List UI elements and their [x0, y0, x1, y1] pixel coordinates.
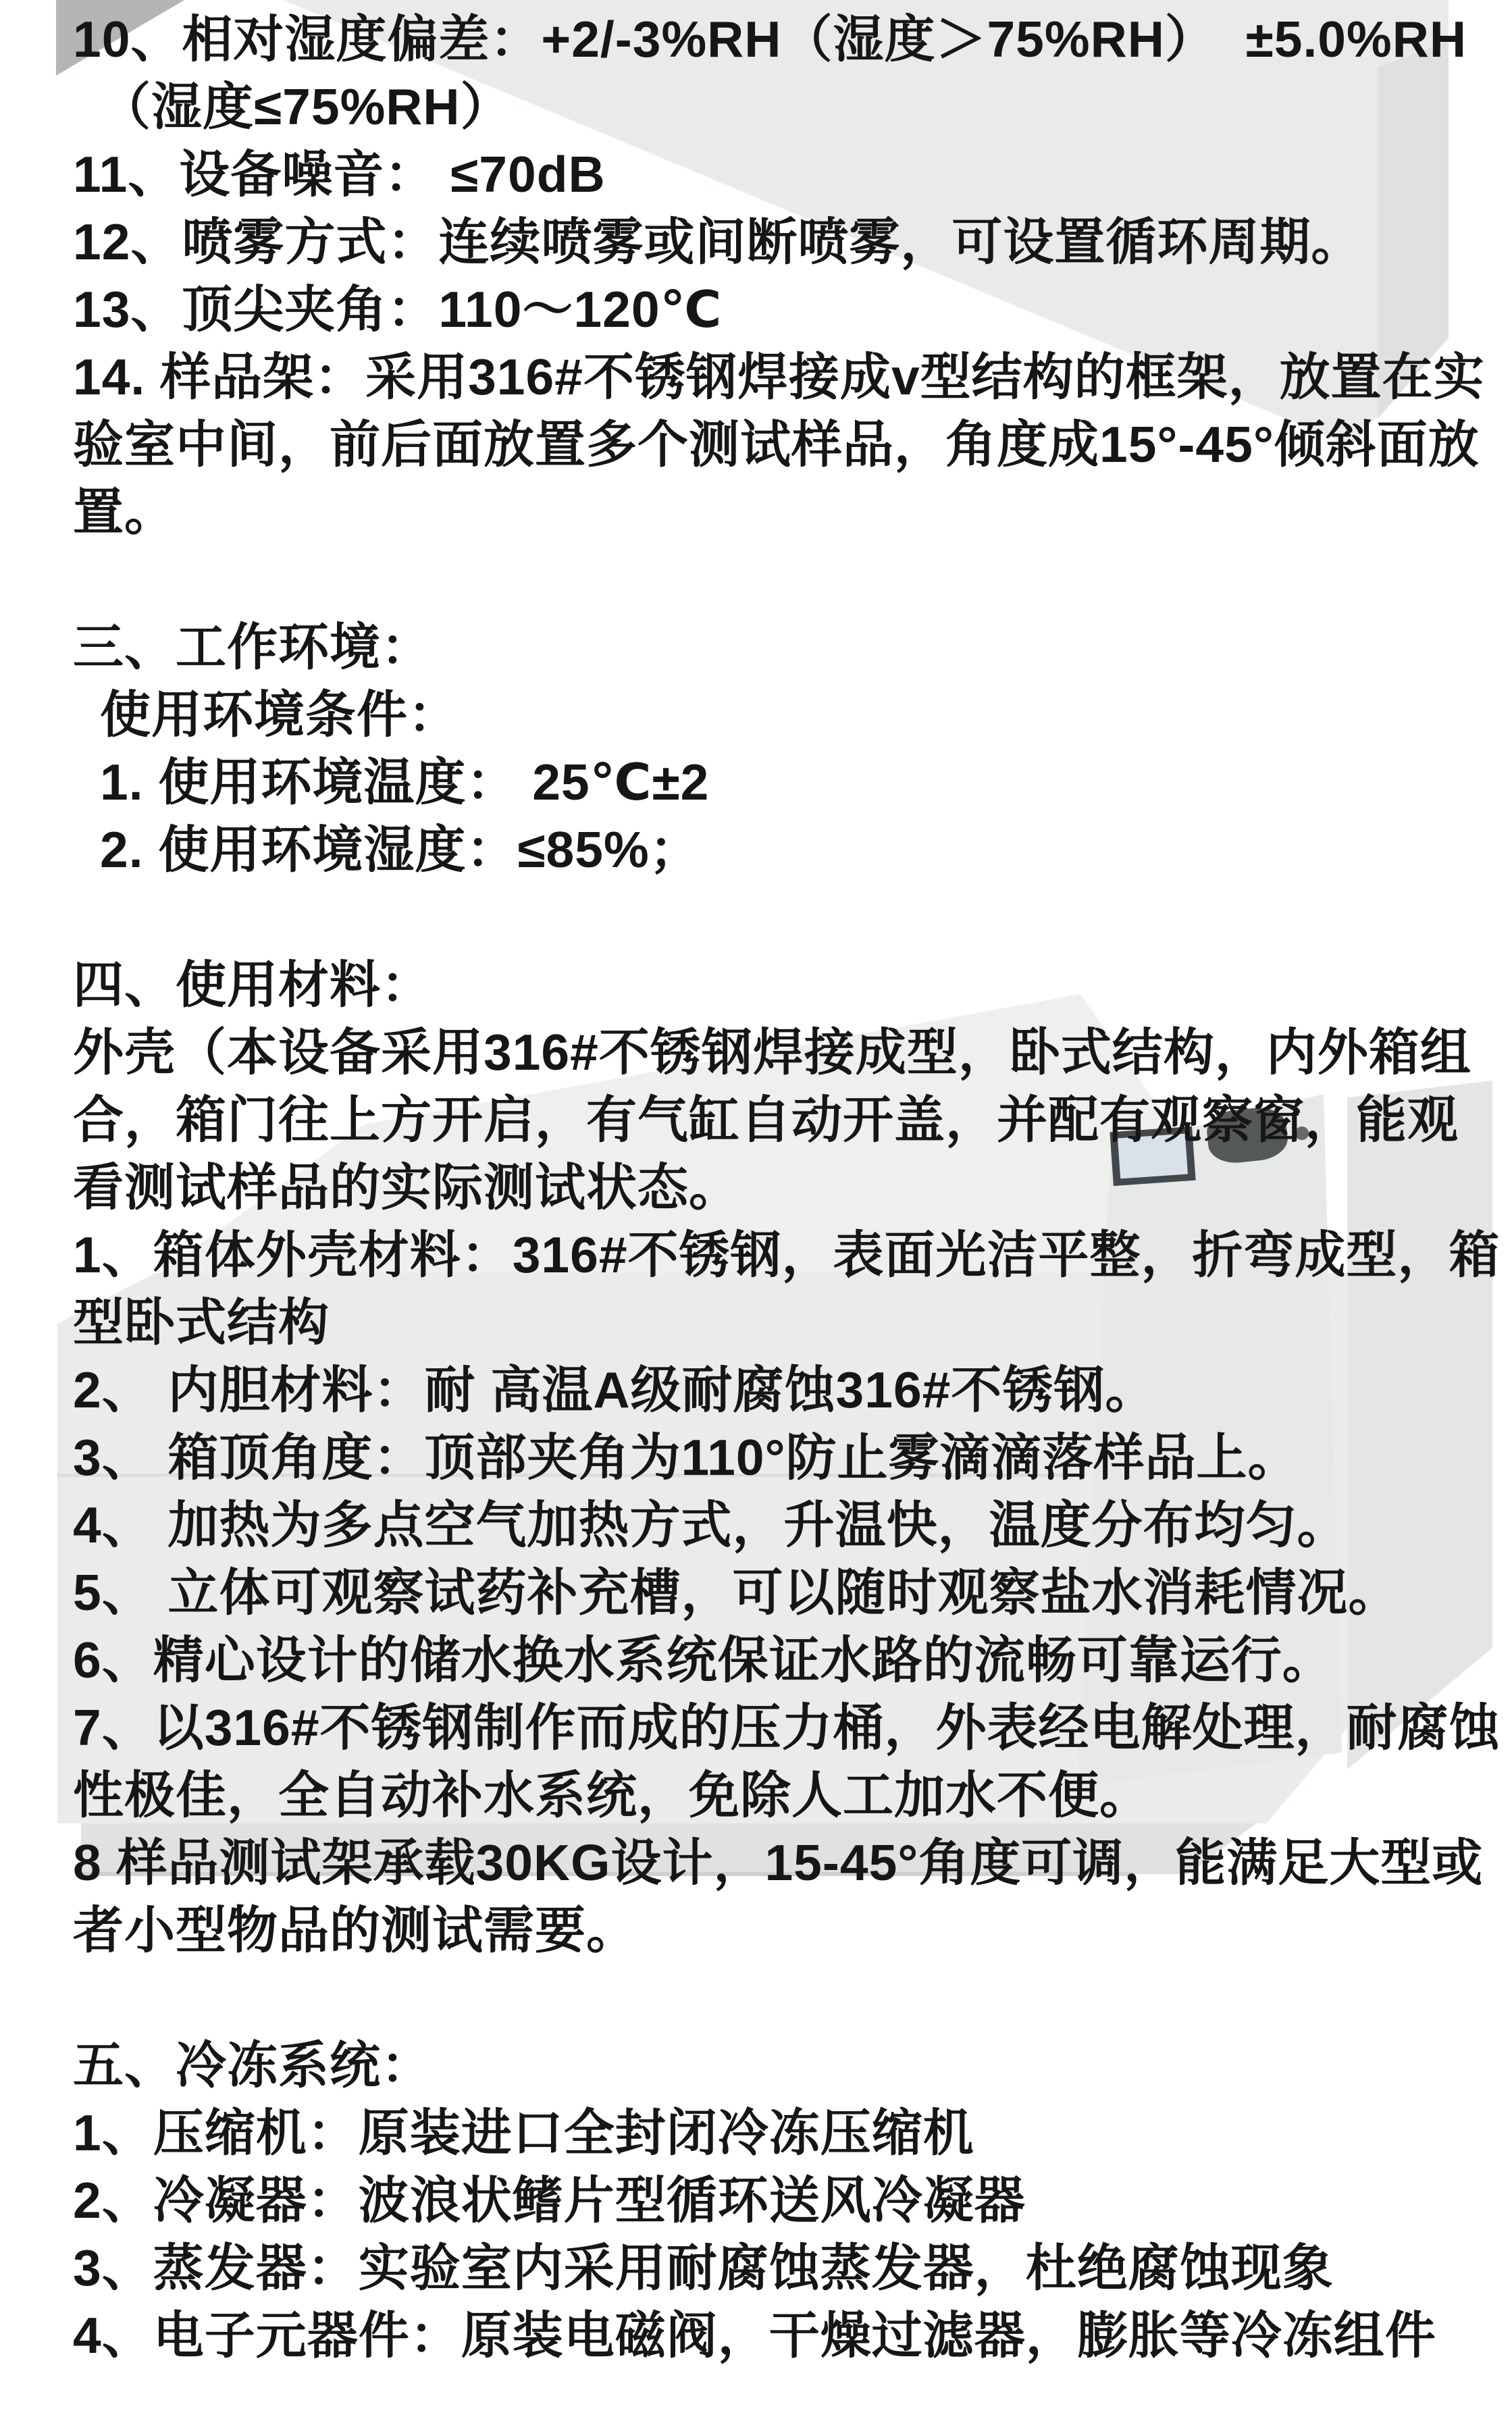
text-line: 8 样品测试架承载30KG设计，15-45°角度可调，能满足大型或	[73, 1829, 1483, 1896]
text-line: 性极佳，全自动补水系统，免除人工加水不便。	[73, 1761, 1151, 1829]
section-heading: 五、冷冻系统：	[73, 2031, 432, 2099]
text-line: 13、顶尖夹角：110～120℃	[73, 276, 722, 343]
text-line: （湿度≤75%RH）	[100, 73, 512, 140]
text-line: 2. 使用环境湿度：≤85%；	[100, 816, 701, 883]
text-line: 合，箱门往上方开启，有气缸自动开盖，并配有观察窗，能观	[73, 1086, 1459, 1153]
text-line: 3、 箱顶角度：顶部夹角为110°防止雾滴滴落样品上。	[73, 1424, 1299, 1491]
text-line: 2、 内胆材料：耐 高温A级耐腐蚀316#不锈钢。	[73, 1356, 1156, 1424]
text-line: 1、箱体外壳材料：316#不锈钢，表面光洁平整，折弯成型，箱	[73, 1221, 1501, 1289]
text-line: 3、蒸发器：实验室内采用耐腐蚀蒸发器，杜绝腐蚀现象	[73, 2234, 1334, 2302]
text-line: 1、压缩机：原装进口全封闭冷冻压缩机	[73, 2099, 974, 2166]
text-line: 2、冷凝器：波浪状鳍片型循环送风冷凝器	[73, 2166, 1026, 2234]
text-line: 6、精心设计的储水换水系统保证水路的流畅可靠运行。	[73, 1626, 1334, 1694]
text-line: 4、电子元器件：原装电磁阀，干燥过滤器，膨胀等冷冻组件	[73, 2302, 1436, 2369]
text-line: 14. 样品架：采用316#不锈钢焊接成v型结构的框架，放置在实	[73, 343, 1485, 411]
text-line: 使用环境条件：	[100, 681, 459, 748]
text-line: 外壳（本设备采用316#不锈钢焊接成型，卧式结构，内外箱组	[73, 1018, 1471, 1086]
text-line: 型卧式结构	[73, 1289, 330, 1356]
text-line: 12、喷雾方式：连续喷雾或间断喷雾，可设置循环周期。	[73, 208, 1362, 276]
document-text: 10、相对湿度偏差：+2/-3%RH（湿度＞75%RH） ±5.0%RH（湿度≤…	[0, 0, 1512, 2415]
section-heading: 三、工作环境：	[73, 613, 432, 681]
text-line: 看测试样品的实际测试状态。	[73, 1153, 740, 1221]
text-line: 5、 立体可观察试药补充槽，可以随时观察盐水消耗情况。	[73, 1559, 1400, 1626]
text-line: 11、设备噪音： ≤70dB	[73, 140, 606, 208]
text-line: 10、相对湿度偏差：+2/-3%RH（湿度＞75%RH） ±5.0%RH	[73, 5, 1467, 73]
section-heading: 四、使用材料：	[73, 951, 432, 1018]
text-line: 4、 加热为多点空气加热方式，升温快，温度分布均匀。	[73, 1491, 1349, 1559]
text-line: 7、以316#不锈钢制作而成的压力桶，外表经电解处理，耐腐蚀	[73, 1694, 1501, 1761]
text-line: 置。	[73, 478, 176, 546]
text-line: 验室中间，前后面放置多个测试样品，角度成15°-45°倾斜面放	[73, 411, 1480, 478]
text-line: 者小型物品的测试需要。	[73, 1896, 637, 1964]
text-line: 1. 使用环境温度： 25℃±2	[100, 748, 709, 816]
spec-document-page: 10、相对湿度偏差：+2/-3%RH（湿度＞75%RH） ±5.0%RH（湿度≤…	[0, 0, 1512, 2415]
